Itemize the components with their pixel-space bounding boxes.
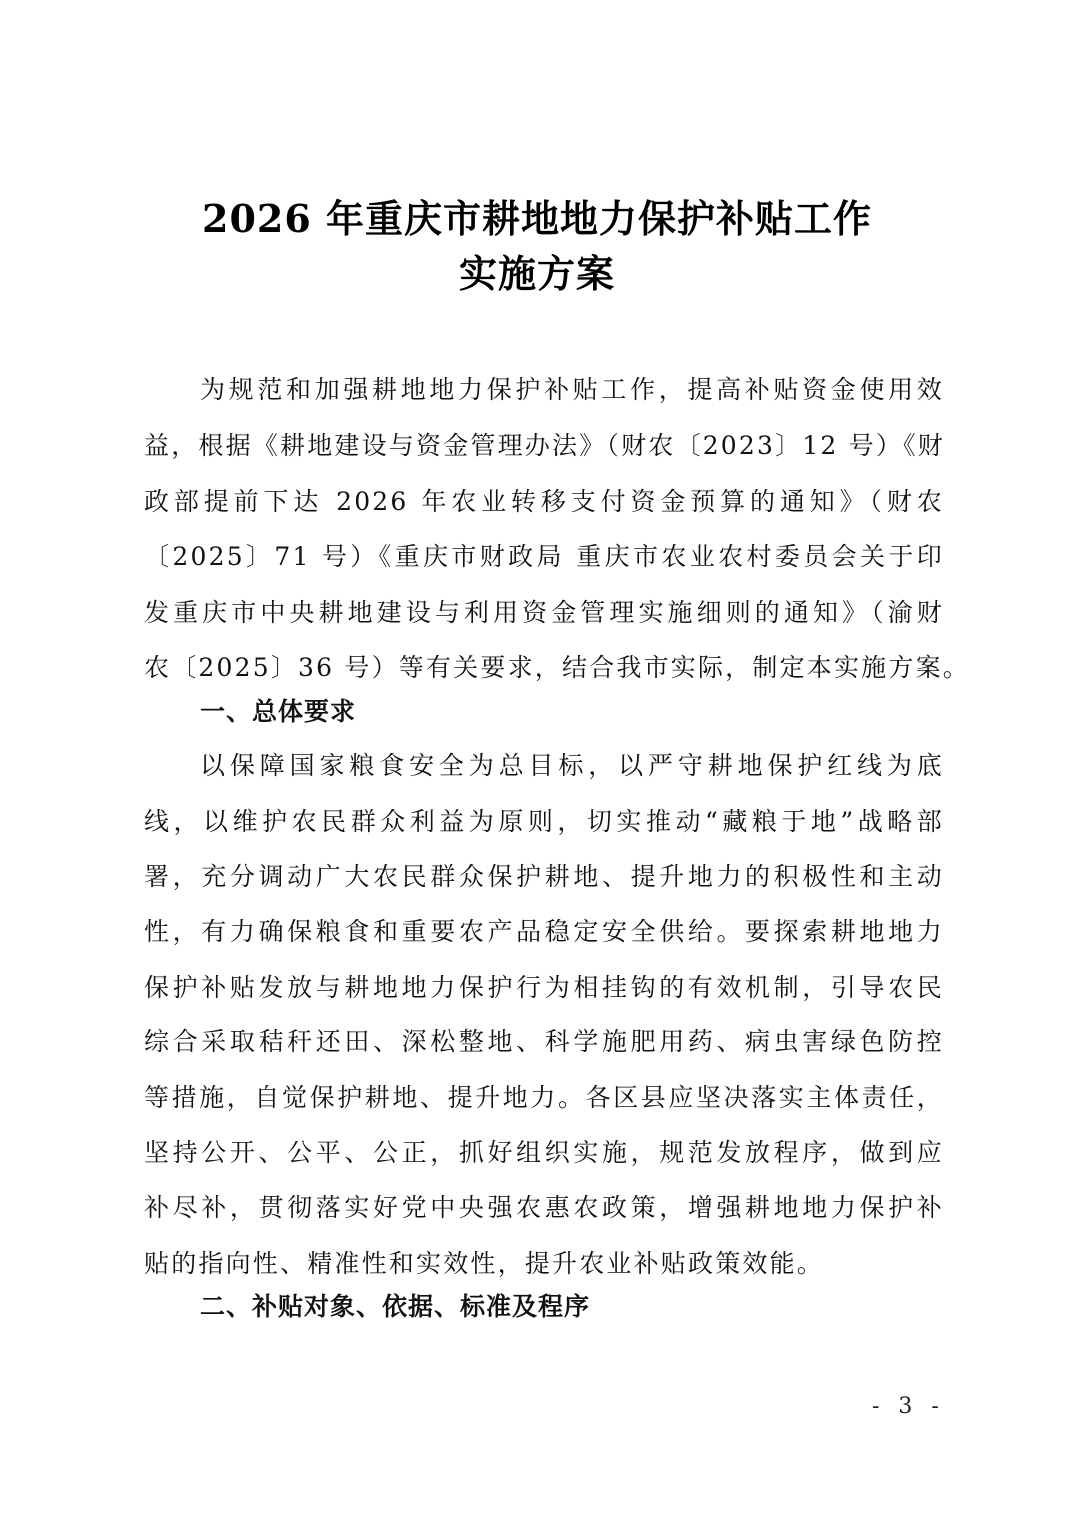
intro-paragraph-line: 发重庆市中央耕地建设与利用资金管理实施细则的通知》（渝财 bbox=[144, 593, 944, 633]
section1-paragraph-line: 综合采取秸秆还田、深松整地、科学施肥用药、病虫害绿色防控 bbox=[144, 1022, 944, 1062]
intro-paragraph-line: 益，根据《耕地建设与资金管理办法》（财农〔2023〕12 号）《财 bbox=[144, 426, 944, 466]
page-number: - 3 - bbox=[872, 1392, 952, 1422]
section1-paragraph-line: 署，充分调动广大农民群众保护耕地、提升地力的积极性和主动 bbox=[144, 857, 944, 897]
section1-paragraph-line: 等措施，自觉保护耕地、提升地力。各区县应坚决落实主体责任， bbox=[144, 1078, 944, 1118]
section1-paragraph-line: 补尽补，贯彻落实好党中央强农惠农政策，增强耕地地力保护补 bbox=[144, 1188, 944, 1228]
intro-paragraph-line: 政部提前下达 2026 年农业转移支付资金预算的通知》（财农 bbox=[144, 482, 944, 522]
intro-paragraph-line: 〔2025〕71 号）《重庆市财政局 重庆市农业农村委员会关于印 bbox=[144, 537, 944, 577]
section1-paragraph-line: 贴的指向性、精准性和实效性，提升农业补贴政策效能。 bbox=[144, 1244, 944, 1284]
section1-paragraph-line: 以保障国家粮食安全为总目标，以严守耕地保护红线为底 bbox=[200, 746, 944, 786]
section1-paragraph-line: 性，有力确保粮食和重要农产品稳定安全供给。要探索耕地地力 bbox=[144, 912, 944, 952]
section-heading-overall-requirements: 一、总体要求 bbox=[200, 692, 356, 732]
section1-paragraph-line: 保护补贴发放与耕地地力保护行为相挂钩的有效机制，引导农民 bbox=[144, 968, 944, 1008]
document-page: 2026 年重庆市耕地地力保护补贴工作 实施方案 为规范和加强耕地地力保护补贴工… bbox=[0, 0, 1074, 1520]
document-title-line-1: 2026 年重庆市耕地地力保护补贴工作 bbox=[0, 190, 1074, 248]
intro-paragraph-line: 为规范和加强耕地地力保护补贴工作，提高补贴资金使用效 bbox=[200, 370, 944, 410]
section1-paragraph-line: 线，以维护农民群众利益为原则，切实推动“藏粮于地”战略部 bbox=[144, 802, 944, 842]
section1-paragraph-line: 坚持公开、公平、公正，抓好组织实施，规范发放程序，做到应 bbox=[144, 1133, 944, 1173]
section-heading-subsidy-objects: 二、补贴对象、依据、标准及程序 bbox=[200, 1287, 590, 1327]
document-title-line-2: 实施方案 bbox=[0, 245, 1074, 303]
intro-paragraph-line: 农〔2025〕36 号）等有关要求，结合我市实际，制定本实施方案。 bbox=[144, 648, 944, 688]
